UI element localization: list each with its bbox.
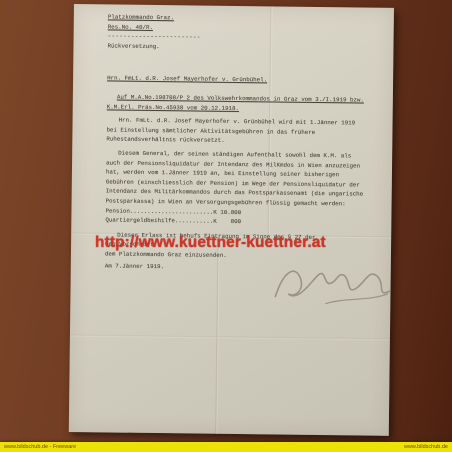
amount-label: Quartiergeldbeihilfe <box>105 216 175 224</box>
amount-row-quartiergeld: Quartiergeldbeihilfe...........K 800 <box>105 215 367 228</box>
strip-left-text: www.bildschub.de - Freeware <box>4 444 76 451</box>
amount-dots: ........... <box>175 217 213 224</box>
watermark-strip: www.bildschub.de - Freeware www.bildschu… <box>0 442 452 452</box>
amount-dots: ........................ <box>130 207 214 215</box>
body-paragraph-2: Diesem General, der seinen ständigen Auf… <box>106 148 369 209</box>
addressee-line: Hrn. FmLt. d.R. Josef Mayerhofer v. Grün… <box>107 74 369 87</box>
strip-right-text: www.bildschub.de <box>404 444 448 451</box>
amount-value: K 800 <box>213 218 241 225</box>
header-subject: Rückversetzung. <box>107 41 369 54</box>
paper-fold-horizontal-lower <box>70 334 390 341</box>
watermark-url-text: http://www.kuettner-kuettner.at <box>95 234 326 252</box>
document-paper: Platzkommando Graz. Res.No. 40/R. ------… <box>69 4 394 436</box>
handwritten-signature <box>265 247 400 316</box>
amount-label: Pension <box>105 207 129 214</box>
photo-of-document: Platzkommando Graz. Res.No. 40/R. ------… <box>0 0 452 452</box>
body-paragraph-1: Hrn. FmLt. d.R. Josef Mayerhofer v. Grün… <box>106 116 368 148</box>
amount-value: K 10.800 <box>213 208 241 215</box>
